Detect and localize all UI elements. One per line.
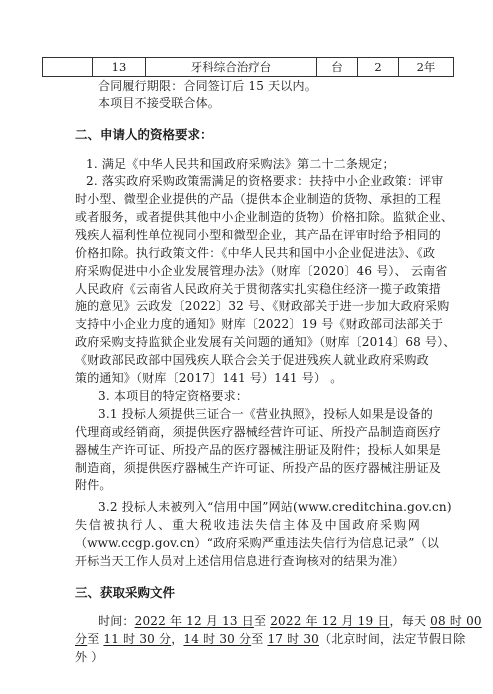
acquisition-time-line-1: 时间：2022 年 12 月 13 日至 2022 年 12 月 19 日，每天… bbox=[98, 614, 443, 629]
consortium-text: 本项目不接受联合体。 bbox=[98, 96, 443, 111]
contract-term-text: 合同履行期限：合同签订后 15 天以内。 bbox=[98, 79, 443, 94]
acquisition-time-line-2: 分至 11 时 30 分，14 时 30 分至 17 时 30（北京时间，法定节… bbox=[75, 632, 420, 647]
time-note: （北京时间，法定节假日除 bbox=[319, 632, 465, 646]
requirement-2-line: 策的通知》（财库〔2017〕141 号）141 号） 。 bbox=[75, 371, 420, 386]
requirement-2-line: 《财政部民政部中国残疾人联合会关于促进残疾人就业政府采购政 bbox=[75, 353, 420, 368]
end-date: 2022 年 12 月 19 日 bbox=[270, 614, 389, 628]
table-cell-qty: 2 bbox=[358, 58, 399, 77]
acquisition-time-line-3: 外 ） bbox=[75, 650, 420, 665]
requirement-3-2-line: 失信被执行人、重大税收违法失信主体及中国政府采购网 bbox=[75, 518, 420, 533]
am-start-time-suffix: 分 bbox=[75, 632, 87, 646]
requirement-3-1-line: 制造商，须提供医疗器械生产许可证、所投产品的医疗器械注册证及 bbox=[75, 461, 420, 476]
document-page: 13 牙科综合治疗台 台 2 2年 合同履行期限：合同签订后 15 天以内。 本… bbox=[0, 0, 493, 694]
pm-end-time: 17 时 30 bbox=[267, 632, 319, 646]
requirement-3-2-line: 3.2 投标人未被列入“信用中国”网站(www.creditchina.gov.… bbox=[98, 500, 420, 515]
requirement-2-line: 或者服务，或者提供其他中小企业制造的货物）价格扣除。监狱企业、 bbox=[75, 210, 420, 225]
requirement-3-1-line: 器械生产许可证、所投产品的医疗器械注册证及附件；投标人如果是 bbox=[75, 443, 420, 458]
time-label: 时间： bbox=[98, 614, 135, 628]
requirement-3: 3. 本项目的特定资格要求： bbox=[98, 389, 443, 404]
requirement-2-line: 残疾人福利性单位视同小型和微型企业，其产品在评审时给予相同的 bbox=[75, 228, 420, 243]
am-end-time: 11 时 30 分 bbox=[103, 632, 171, 646]
requirement-3-2-line: （www.ccgp.gov.cn）“政府采购严重违法失信行为信息记录”（以 bbox=[75, 536, 420, 551]
requirement-1: 1. 满足《中华人民共和国政府采购法》第二十二条规定； bbox=[86, 157, 431, 172]
pm-start-time: 14 时 30 分 bbox=[183, 632, 251, 646]
requirement-2-line: 人民政府《云南省人民政府关于贯彻落实扎实稳住经济一揽子政策措 bbox=[75, 282, 420, 297]
to-text: 至 bbox=[87, 632, 103, 646]
table-cell-term: 2年 bbox=[399, 58, 454, 77]
comma: ， bbox=[171, 632, 183, 646]
requirement-2-line: 价格扣除。执行政策文件：《中华人民共和国中小企业促进法》、《政 bbox=[75, 246, 420, 261]
requirement-3-1-line: 附件。 bbox=[75, 478, 420, 493]
am-start-time: 08 时 00 bbox=[430, 614, 482, 628]
table-cell-index: 13 bbox=[93, 58, 146, 77]
requirement-3-1-line: 3.1 投标人须提供三证合一《营业执照》，投标人如果是设备的 bbox=[98, 407, 420, 422]
requirement-2-line: 支持中小企业力度的通知》财库〔2022〕19 号《财政部司法部关于 bbox=[75, 317, 420, 332]
items-table: 13 牙科综合治疗台 台 2 2年 bbox=[42, 57, 454, 77]
section-2-heading: 二、申请人的资格要求： bbox=[75, 127, 213, 143]
table-cell-blank bbox=[43, 58, 93, 77]
table-cell-unit: 台 bbox=[317, 58, 358, 77]
requirement-3-2-line: 开标当天工作人员对上述信用信息进行查询核对的结果为准） bbox=[75, 554, 420, 569]
requirement-2-line: 2. 落实政府采购政策需满足的资格要求：扶持中小企业政策：评审 bbox=[86, 174, 420, 189]
table-cell-name: 牙科综合治疗台 bbox=[146, 58, 317, 77]
to-text: 至 bbox=[254, 614, 270, 628]
requirement-2-line: 政府采购支持监狱企业发展有关问题的通知》（财库〔2014〕68 号）、 bbox=[75, 335, 420, 350]
to-text: 至 bbox=[251, 632, 267, 646]
requirement-2-line: 时小型、微型企业提供的产品（提供本企业制造的货物、承担的工程 bbox=[75, 192, 420, 207]
daily-text: ，每天 bbox=[390, 614, 431, 628]
table-row: 13 牙科综合治疗台 台 2 2年 bbox=[43, 58, 454, 77]
start-date: 2022 年 12 月 13 日 bbox=[135, 614, 254, 628]
requirement-2-line: 施的意见》云政发〔2022〕32 号、《财政部关于进一步加大政府采购 bbox=[75, 299, 420, 314]
requirement-2-line: 府采购促进中小企业发展管理办法》（财库〔2020〕46 号）、 云南省 bbox=[75, 264, 420, 279]
section-3-heading: 三、获取采购文件 bbox=[75, 585, 175, 601]
requirement-3-1-line: 代理商或经销商，须提供医疗器械经营许可证、所投产品制造商医疗 bbox=[75, 425, 420, 440]
